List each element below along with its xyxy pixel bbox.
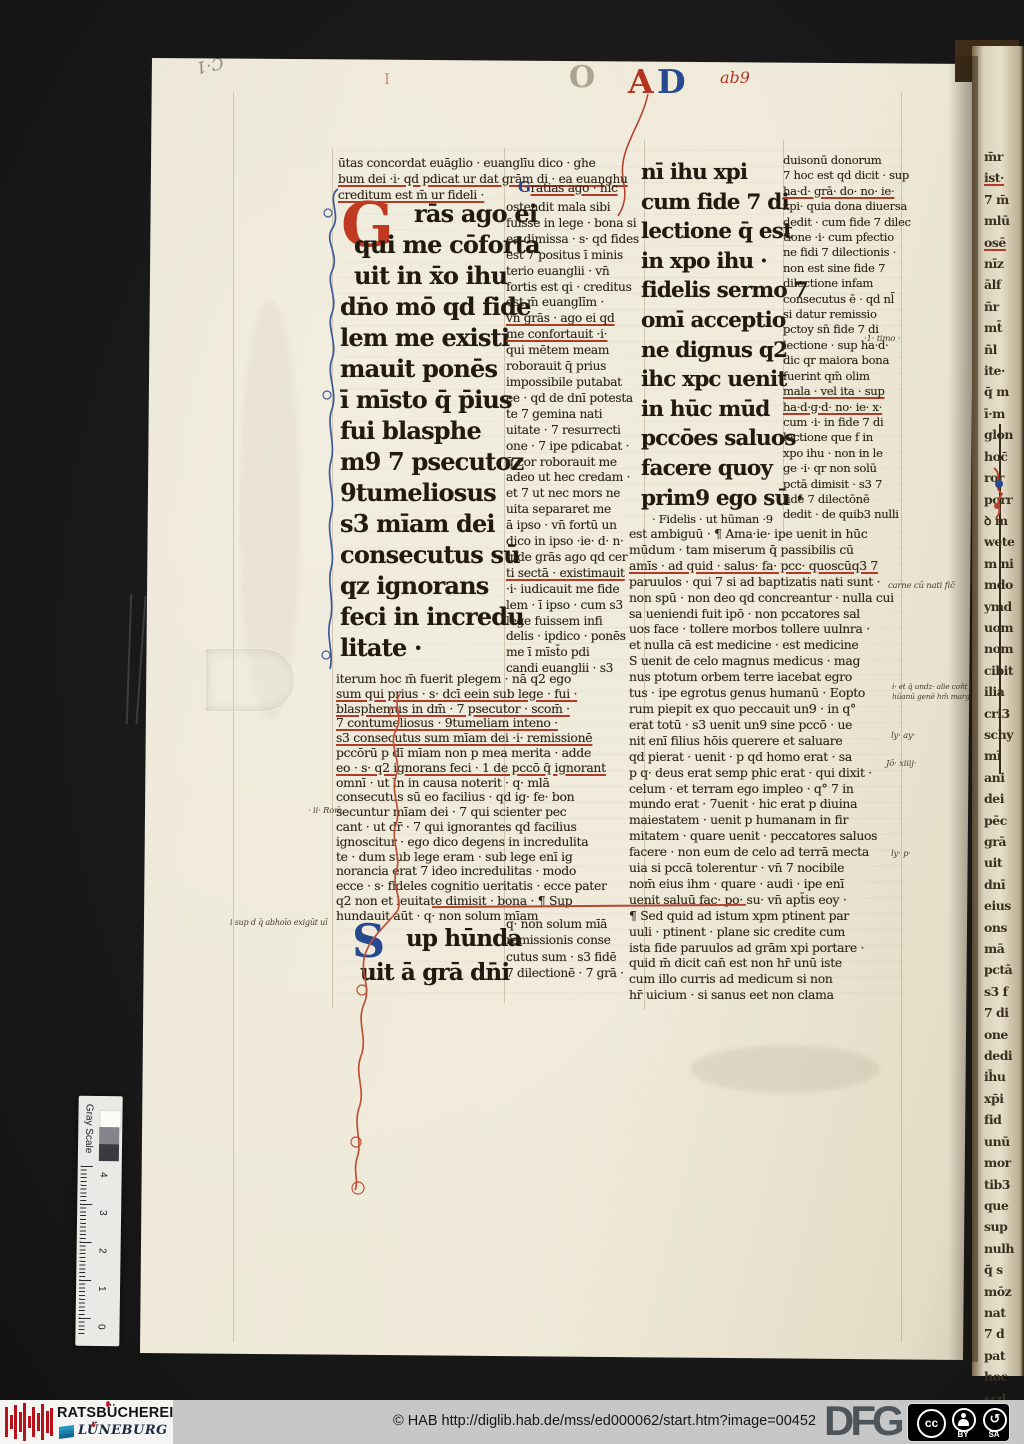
cc-by-label: BY	[952, 1430, 974, 1439]
gloss-column-2-header: Gratias ago · hic	[518, 180, 618, 197]
rubric-lemma: ratias ago · hic	[531, 181, 618, 195]
cc-by-person-icon	[952, 1408, 976, 1432]
ruling-line	[901, 92, 902, 1342]
gloss-column-4: duisonū donorum7 hoc est qd dicit · suph…	[783, 153, 911, 523]
marginal-note: ·1· timo ·	[864, 334, 900, 344]
ruling-line	[644, 140, 645, 1010]
catchword-note: · Fidelis · ut hūman ·9	[652, 512, 773, 528]
decorated-initial-G: G	[341, 194, 394, 256]
gutter-shadow	[948, 56, 978, 1362]
gloss-block-left: iterum hoc m̄ fuerit plegem · nā q2 egos…	[336, 672, 607, 924]
ruler-number: 4	[98, 1172, 109, 1178]
gloss-column-2: ostendit mala sibifuisse in lege · bona …	[506, 200, 639, 677]
clamp-arm	[126, 594, 133, 724]
copyright-url-text: © HAB http://diglib.hab.de/mss/ed000062/…	[393, 1413, 816, 1429]
ruler-number: 2	[97, 1248, 108, 1254]
dfg-logo: DFG	[824, 1397, 901, 1444]
ruling-lines	[338, 150, 904, 1008]
facing-page-text: m̄rist·7 m̄mlūosēnīzālfñrmt̄ñlite·q̄ mī·…	[984, 146, 1020, 1430]
page-holder-clamp	[206, 648, 295, 712]
ruler-number: 1	[96, 1286, 107, 1292]
manuscript-page: C·1 I O A D ab9 ūtas concordat euāglio ·…	[0, 0, 1024, 1444]
red-drop-accent	[106, 1401, 110, 1407]
red-rubric-stroke	[432, 904, 746, 908]
text-sup-section: up hūndauit ā grā dn̄i	[352, 922, 522, 990]
library-bars-icon	[5, 1400, 53, 1444]
library-logo-panel: RATSBÜCHEREI LÜNEBURG	[0, 1400, 173, 1444]
facing-page-ornament	[990, 424, 1016, 784]
ruling-line	[233, 92, 234, 1342]
facing-page: m̄rist·7 m̄mlūosēnīzālfñrmt̄ñlite·q̄ mī·…	[972, 46, 1024, 1376]
ruling-line	[783, 140, 784, 535]
marginal-note: ly· ay·	[891, 731, 915, 741]
red-pen-flourish	[344, 690, 410, 1195]
small-initial-blue: G	[518, 178, 531, 196]
cc-sa-label: SA	[983, 1430, 1005, 1439]
gray-patch-mid	[99, 1127, 119, 1144]
library-name: RATSBÜCHEREI	[57, 1405, 174, 1421]
red-pen-flourish-header	[600, 90, 670, 220]
marginal-note: · ii· Rom̄ ·	[308, 806, 347, 816]
gloss-block-right: est ambiguū · ¶ Ama·ie· ipe uenit in hūc…	[629, 526, 894, 1003]
footer-bar: RATSBÜCHEREI LÜNEBURG © HAB http://digli…	[0, 1400, 1024, 1444]
grayscale-label: Gray Scale	[83, 1104, 95, 1154]
ruling-line	[504, 148, 505, 1003]
marginal-note: Jō· xiiij·	[886, 759, 916, 769]
running-title-letter-red: A	[628, 62, 654, 101]
ruling-line	[332, 148, 333, 1008]
marginal-note: carne cū nati fic̄	[888, 581, 955, 591]
red-drop-accent	[92, 1422, 95, 1427]
decorated-initial-S: S	[352, 918, 385, 964]
faint-numeral: I	[384, 70, 390, 88]
pencil-foliation-mark: C·1	[194, 53, 225, 77]
running-title-letter-blue: D	[657, 62, 686, 101]
showthrough-smudge	[690, 1045, 880, 1093]
cc-sa-arrow-icon: ↺	[983, 1408, 1007, 1432]
cc-icon: cc	[917, 1409, 946, 1438]
marginal-note: ly· p·	[891, 849, 911, 859]
ruler-ticks	[78, 1166, 94, 1336]
showthrough-letter: O	[569, 60, 595, 95]
book-icon	[58, 1424, 76, 1439]
marginal-note: i sup d q̄ abhoīo exigūt uī	[230, 918, 327, 927]
running-title-note: ab9	[720, 68, 750, 87]
text-column-1: rās ago eiqui me cōfortauit in x̄o ihudn…	[340, 198, 540, 663]
ruler-number: 3	[97, 1210, 108, 1216]
cc-license-badge: cc ↺ BY SA	[907, 1403, 1010, 1442]
text-column-3: nī ihu xpicum fide 7 dilectione q̄ estin…	[641, 158, 808, 513]
photo-background: C·1 I O A D ab9 ūtas concordat euāglio ·…	[0, 0, 1024, 1444]
ruler-number: 0	[95, 1324, 106, 1330]
blue-pen-flourish	[318, 185, 348, 675]
clamp-arm	[136, 596, 147, 724]
prologue-gloss: ūtas concordat euāglio · euanglīu dico ·…	[338, 156, 628, 204]
grayscale-ruler: Gray Scale 4 3 2 1 0	[75, 1096, 122, 1347]
gray-patch-dark	[99, 1144, 119, 1161]
gloss-sup-side: q· non solum mīāremissionis consecutus s…	[506, 916, 624, 982]
